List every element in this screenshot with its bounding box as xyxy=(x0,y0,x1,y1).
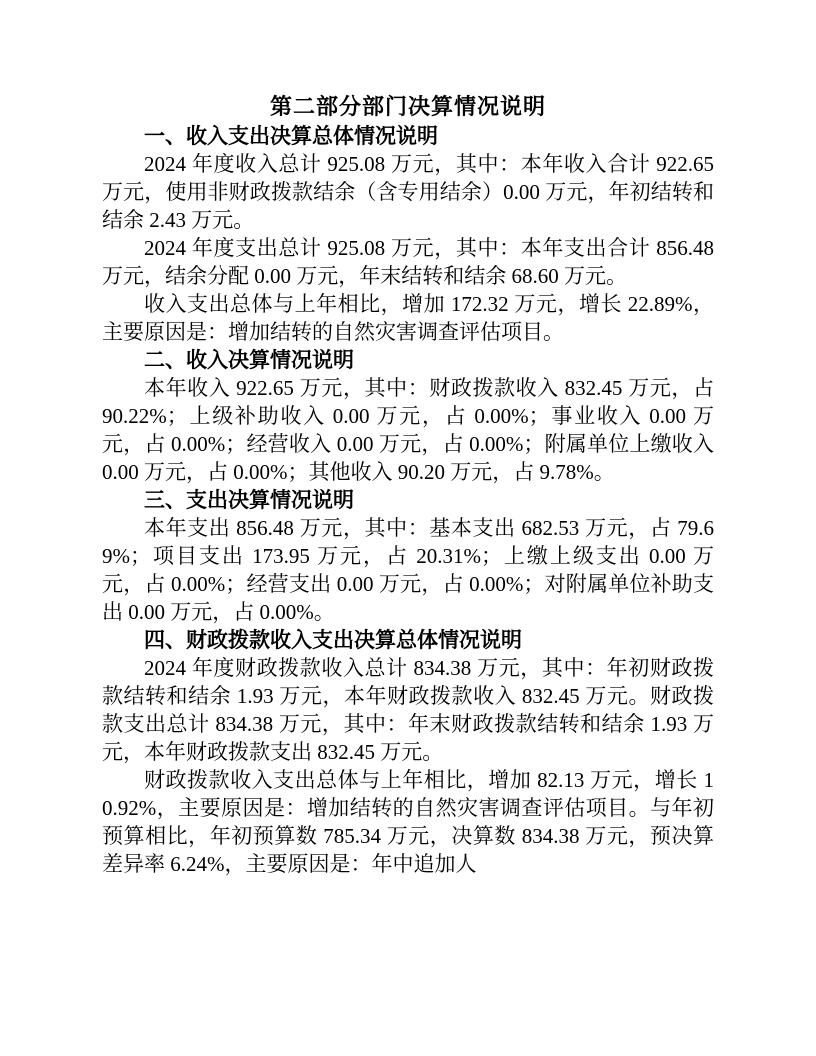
document-title: 第二部分部门决算情况说明 xyxy=(102,94,714,122)
section-income-expenditure-overall: 一、收入支出决算总体情况说明 2024 年度收入总计 925.08 万元，其中：… xyxy=(102,122,714,346)
section-1-paragraph-income-total: 2024 年度收入总计 925.08 万元，其中：本年收入合计 922.65 万… xyxy=(102,150,714,234)
section-expenditure-final-accounts: 三、支出决算情况说明 本年支出 856.48 万元，其中：基本支出 682.53… xyxy=(102,486,714,626)
section-4-heading: 四、财政拨款收入支出决算总体情况说明 xyxy=(102,626,714,654)
section-fiscal-appropriation-overall: 四、财政拨款收入支出决算总体情况说明 2024 年度财政拨款收入总计 834.3… xyxy=(102,626,714,878)
section-4-paragraph-appropriation-totals: 2024 年度财政拨款收入总计 834.38 万元，其中：年初财政拨款结转和结余… xyxy=(102,654,714,766)
section-2-heading: 二、收入决算情况说明 xyxy=(102,346,714,374)
section-3-paragraph-expenditure-breakdown: 本年支出 856.48 万元，其中：基本支出 682.53 万元，占 79.69… xyxy=(102,514,714,626)
section-1-heading: 一、收入支出决算总体情况说明 xyxy=(102,122,714,150)
document-page: 第二部分部门决算情况说明 一、收入支出决算总体情况说明 2024 年度收入总计 … xyxy=(0,0,816,1056)
section-4-paragraph-appropriation-comparison: 财政拨款收入支出总体与上年相比，增加 82.13 万元，增长 10.92%，主要… xyxy=(102,766,714,878)
section-1-paragraph-expenditure-total: 2024 年度支出总计 925.08 万元，其中：本年支出合计 856.48 万… xyxy=(102,234,714,290)
section-income-final-accounts: 二、收入决算情况说明 本年收入 922.65 万元，其中：财政拨款收入 832.… xyxy=(102,346,714,486)
section-2-paragraph-income-breakdown: 本年收入 922.65 万元，其中：财政拨款收入 832.45 万元，占 90.… xyxy=(102,374,714,486)
section-1-paragraph-year-comparison: 收入支出总体与上年相比，增加 172.32 万元，增长 22.89%，主要原因是… xyxy=(102,290,714,346)
section-3-heading: 三、支出决算情况说明 xyxy=(102,486,714,514)
